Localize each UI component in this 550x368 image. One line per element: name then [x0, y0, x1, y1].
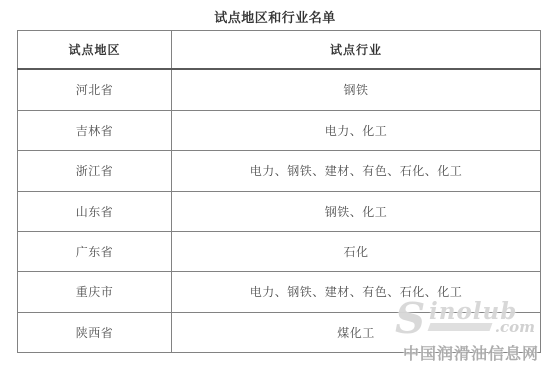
industries-cell: 钢铁、化工 — [172, 191, 541, 231]
industries-cell: 石化 — [172, 231, 541, 271]
table-row: 河北省 钢铁 — [18, 69, 541, 110]
industries-cell: 煤化工 — [172, 312, 541, 352]
region-cell: 河北省 — [18, 69, 172, 110]
region-cell: 吉林省 — [18, 110, 172, 150]
table-row: 重庆市 电力、钢铁、建材、有色、石化、化工 — [18, 272, 541, 312]
industries-cell: 钢铁 — [172, 69, 541, 110]
region-cell: 山东省 — [18, 191, 172, 231]
table-row: 山东省 钢铁、化工 — [18, 191, 541, 231]
industries-cell: 电力、钢铁、建材、有色、石化、化工 — [172, 272, 541, 312]
page-title: 试点地区和行业名单 — [0, 7, 550, 26]
header-industry: 试点行业 — [172, 31, 541, 70]
region-cell: 重庆市 — [18, 272, 172, 312]
region-cell: 浙江省 — [18, 151, 172, 191]
table-row: 陕西省 煤化工 — [18, 312, 541, 352]
industries-cell: 电力、钢铁、建材、有色、石化、化工 — [172, 151, 541, 191]
table-row: 广东省 石化 — [18, 231, 541, 271]
region-cell: 广东省 — [18, 231, 172, 271]
industries-cell: 电力、化工 — [172, 110, 541, 150]
table-row: 浙江省 电力、钢铁、建材、有色、石化、化工 — [18, 151, 541, 191]
header-region: 试点地区 — [18, 31, 172, 70]
pilot-regions-table: 试点地区 试点行业 河北省 钢铁 吉林省 电力、化工 浙江省 电力、钢铁、建材、… — [17, 30, 541, 353]
table-row: 吉林省 电力、化工 — [18, 110, 541, 150]
table-header-row: 试点地区 试点行业 — [18, 31, 541, 70]
region-cell: 陕西省 — [18, 312, 172, 352]
page: 试点地区和行业名单 试点地区 试点行业 河北省 钢铁 吉林省 电力、化工 浙江省… — [0, 0, 550, 368]
